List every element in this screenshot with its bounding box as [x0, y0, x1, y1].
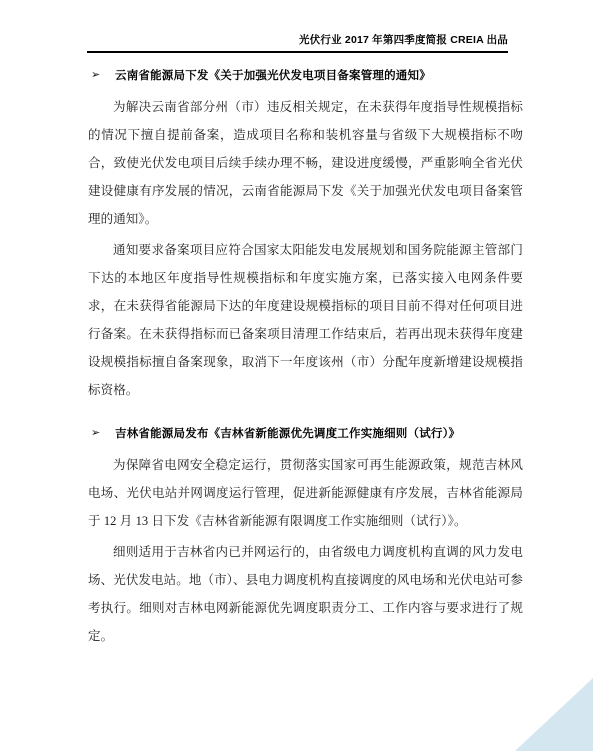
page-content: ➢ 云南省能源局下发《关于加强光伏发电项目备案管理的通知》 为解决云南省部分州（…: [88, 0, 523, 650]
arrow-bullet-icon: ➢: [91, 425, 115, 442]
document-page: { "header": { "title": "光伏行业 2017 年第四季度简…: [0, 0, 593, 751]
section-heading: 吉林省能源局发布《吉林省新能源优先调度工作实施细则（试行）》: [115, 426, 523, 443]
corner-triangle-decoration: [515, 678, 593, 751]
paragraph: 细则适用于吉林省内已并网运行的，由省级电力调度机构直调的风力发电场、光伏发电站。…: [88, 538, 523, 650]
section-heading: 云南省能源局下发《关于加强光伏发电项目备案管理的通知》: [115, 68, 523, 85]
section-yunnan: ➢ 云南省能源局下发《关于加强光伏发电项目备案管理的通知》 为解决云南省部分州（…: [88, 68, 523, 404]
section-heading-row: ➢ 吉林省能源局发布《吉林省新能源优先调度工作实施细则（试行）》: [88, 426, 523, 443]
section-jilin: ➢ 吉林省能源局发布《吉林省新能源优先调度工作实施细则（试行）》 为保障省电网安…: [88, 426, 523, 650]
paragraph: 通知要求备案项目应符合国家太阳能发电发展规划和国务院能源主管部门下达的本地区年度…: [88, 236, 523, 404]
section-heading-row: ➢ 云南省能源局下发《关于加强光伏发电项目备案管理的通知》: [88, 68, 523, 85]
paragraph: 为解决云南省部分州（市）违反相关规定，在未获得年度指导性规模指标的情况下擅自提前…: [88, 93, 523, 233]
arrow-bullet-icon: ➢: [91, 67, 115, 84]
paragraph: 为保障省电网安全稳定运行，贯彻落实国家可再生能源政策，规范吉林风电场、光伏电站并…: [88, 451, 523, 535]
